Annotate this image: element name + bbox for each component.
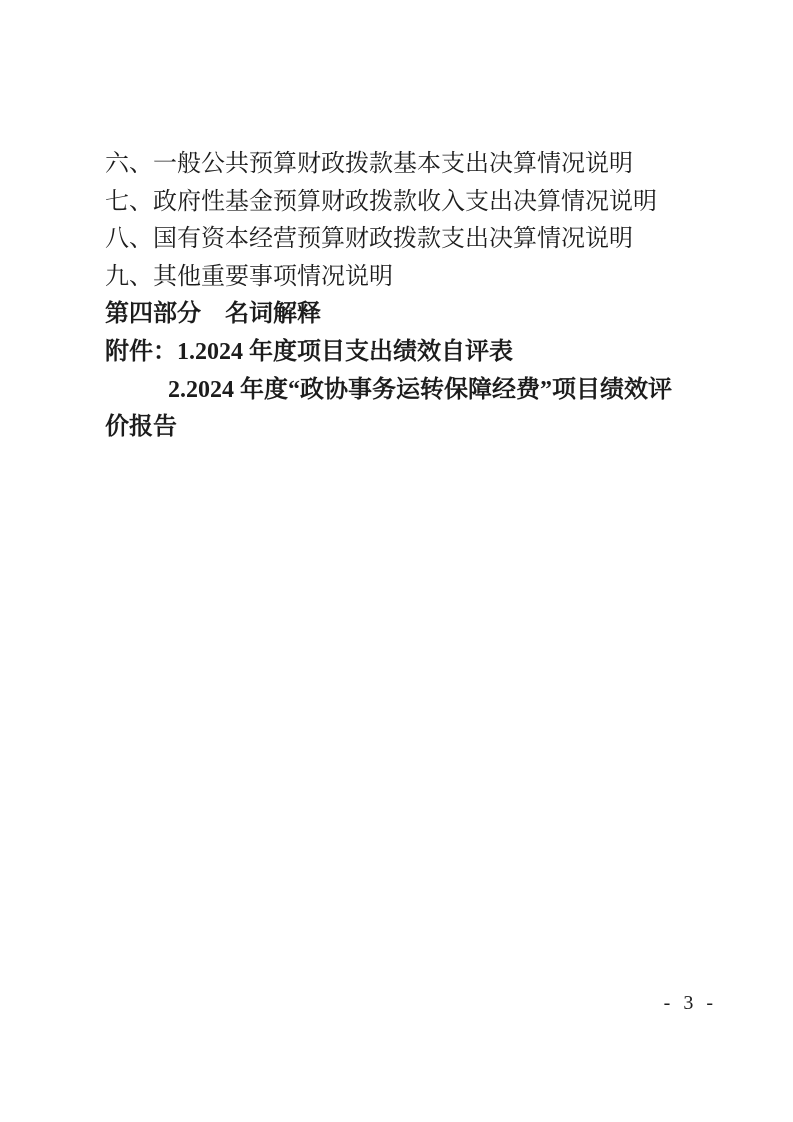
toc-item-9: 九、其他重要事项情况说明: [105, 259, 713, 297]
attachment-line-2-continuation: 价报告: [105, 409, 713, 447]
toc-item-8: 八、国有资本经营预算财政拨款支出决算情况说明: [105, 221, 713, 259]
attachment-line-1: 附件：1.2024 年度项目支出绩效自评表: [105, 334, 713, 372]
section-heading-part4: 第四部分 名词解释: [105, 296, 713, 334]
document-page: 六、一般公共预算财政拨款基本支出决算情况说明 七、政府性基金预算财政拨款收入支出…: [0, 0, 793, 1122]
page-number: - 3 -: [664, 992, 715, 1015]
toc-section: 六、一般公共预算财政拨款基本支出决算情况说明 七、政府性基金预算财政拨款收入支出…: [105, 146, 713, 447]
attachment-line-2: 2.2024 年度“政协事务运转保障经费”项目绩效评: [105, 372, 713, 410]
toc-item-7: 七、政府性基金预算财政拨款收入支出决算情况说明: [105, 184, 713, 222]
page-footer: - 3 -: [0, 992, 793, 1016]
toc-item-6: 六、一般公共预算财政拨款基本支出决算情况说明: [105, 146, 713, 184]
